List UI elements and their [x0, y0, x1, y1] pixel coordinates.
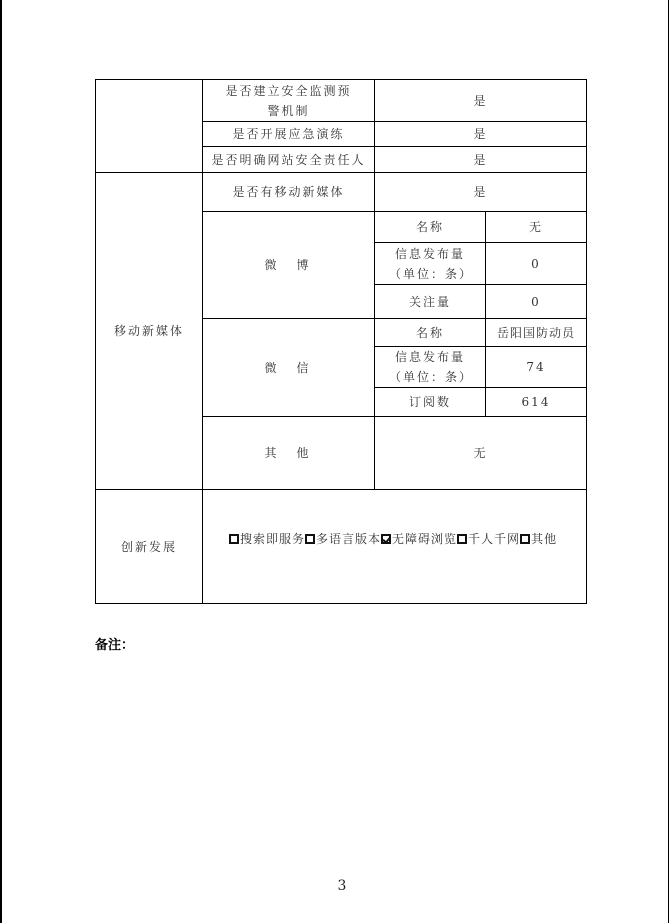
- label-security-officer: 是否明确网站安全责任人: [203, 147, 374, 172]
- weibo-followers-value: 0: [486, 285, 586, 318]
- option-label: 搜索即服务: [240, 529, 305, 549]
- table-border-right: [586, 79, 587, 604]
- label-emergency-drill: 是否开展应急演练: [203, 122, 374, 146]
- section-label-mobile-media: 移动新媒体: [96, 173, 202, 489]
- weibo-posts-value: 0: [486, 243, 586, 284]
- table-border-bottom: [95, 603, 587, 604]
- option-label: 千人千网: [468, 529, 520, 549]
- label-other-media: 其 他: [203, 417, 374, 489]
- weibo-name-value: 无: [486, 212, 586, 242]
- wechat-subscribers-label: 订阅数: [375, 388, 485, 416]
- checkbox-search-service[interactable]: [229, 534, 239, 544]
- page-number: 3: [0, 878, 670, 894]
- checkbox-other[interactable]: [520, 534, 530, 544]
- option-label: 无障碍浏览: [392, 529, 457, 549]
- wechat-subscribers-value: 614: [486, 388, 586, 416]
- label-has-mobile-media: 是否有移动新媒体: [203, 173, 374, 211]
- remarks-label: 备注：: [95, 634, 134, 653]
- innovation-checkbox-group: 搜索即服务 多语言版本 无障碍浏览 千人千网 其他: [229, 529, 557, 549]
- wechat-posts-value: 74: [486, 347, 586, 387]
- option-label: 多语言版本: [316, 529, 381, 549]
- checkbox-multilingual[interactable]: [305, 534, 315, 544]
- wechat-name-label: 名称: [375, 319, 485, 346]
- wechat-name-value: 岳阳国防动员: [486, 319, 586, 346]
- label-weibo: 微 博: [203, 212, 374, 318]
- checkbox-personalized[interactable]: [457, 534, 467, 544]
- option-label: 其他: [531, 529, 557, 549]
- value-monitoring-warning: 是: [375, 80, 586, 121]
- weibo-followers-label: 关注量: [375, 285, 485, 318]
- weibo-posts-label: 信息发布量（单位：条）: [375, 243, 485, 284]
- innovation-options: 搜索即服务 多语言版本 无障碍浏览 千人千网 其他: [203, 490, 586, 588]
- weibo-name-label: 名称: [375, 212, 485, 242]
- label-wechat: 微 信: [203, 319, 374, 416]
- checkbox-accessibility[interactable]: [381, 534, 391, 544]
- section-label-innovation: 创新发展: [96, 490, 202, 603]
- label-monitoring-warning: 是否建立安全监测预警机制: [203, 80, 374, 121]
- page-edge-left: [0, 0, 2, 923]
- value-other-media: 无: [375, 417, 586, 489]
- value-has-mobile-media: 是: [375, 173, 586, 211]
- value-security-officer: 是: [375, 147, 586, 172]
- value-emergency-drill: 是: [375, 122, 586, 146]
- page-edge-right: [668, 0, 669, 923]
- wechat-posts-label: 信息发布量（单位：条）: [375, 347, 485, 387]
